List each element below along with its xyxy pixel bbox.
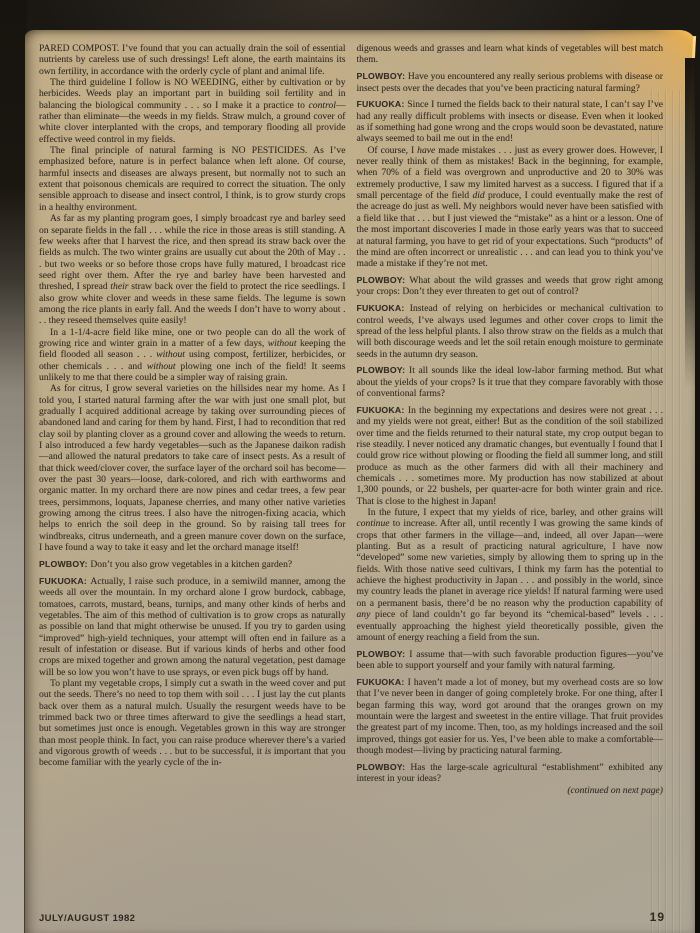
speaker-label: FUKUOKA: bbox=[357, 677, 408, 687]
interview-qa-paragraph: PLOWBOY: Has the large-scale agricultura… bbox=[357, 762, 664, 785]
speaker-label: PLOWBOY: bbox=[39, 559, 90, 569]
interview-qa-paragraph: PLOWBOY: Have you encountered any really… bbox=[357, 71, 664, 94]
speaker-label: PLOWBOY: bbox=[357, 365, 410, 375]
footer-page-number: 19 bbox=[650, 910, 665, 924]
interview-qa-paragraph: PLOWBOY: What about the wild grasses and… bbox=[357, 275, 664, 298]
body-paragraph: To plant my vegetable crops, I simply cu… bbox=[39, 678, 346, 769]
body-paragraph: digenous weeds and grasses and learn wha… bbox=[357, 43, 664, 66]
page-corner-shadow bbox=[685, 58, 695, 388]
body-paragraph: Of course, I have made mistakes . . . ju… bbox=[357, 145, 664, 270]
body-paragraph: In a 1-1/4-acre field like mine, one or … bbox=[39, 327, 346, 384]
right-column: digenous weeds and grasses and learn wha… bbox=[357, 43, 664, 899]
footer-issue-date: JULY/AUGUST 1982 bbox=[39, 913, 135, 924]
magazine-page: PARED COMPOST. I’ve found that you can a… bbox=[25, 30, 695, 933]
interview-qa-paragraph: PLOWBOY: It all sounds like the ideal lo… bbox=[357, 365, 664, 399]
left-column: PARED COMPOST. I’ve found that you can a… bbox=[39, 43, 346, 899]
body-paragraph: As for citrus, I grow several varieties … bbox=[39, 383, 346, 553]
book-binding-edge bbox=[0, 0, 27, 933]
interview-qa-paragraph: FUKUOKA: Since I turned the fields back … bbox=[357, 99, 664, 144]
speaker-label: PLOWBOY: bbox=[357, 275, 410, 285]
interview-qa-paragraph: FUKUOKA: I haven’t made a lot of money, … bbox=[357, 677, 664, 756]
speaker-label: FUKUOKA: bbox=[357, 405, 408, 415]
interview-qa-paragraph: FUKUOKA: Instead of relying on herbicide… bbox=[357, 303, 664, 360]
interview-qa-paragraph: PLOWBOY: I assume that—with such favorab… bbox=[357, 649, 664, 672]
speaker-label: FUKUOKA: bbox=[357, 99, 408, 109]
continuation-note: (continued on next page) bbox=[357, 785, 664, 796]
interview-qa-paragraph: PLOWBOY: Don’t you also grow vegetables … bbox=[39, 559, 346, 570]
speaker-label: FUKUOKA: bbox=[39, 576, 90, 586]
body-paragraph: PARED COMPOST. I’ve found that you can a… bbox=[39, 43, 346, 77]
body-paragraph: In the future, I expect that my yields o… bbox=[357, 507, 664, 643]
body-paragraph: The final principle of natural farming i… bbox=[39, 145, 346, 213]
text-columns: PARED COMPOST. I’ve found that you can a… bbox=[39, 43, 663, 899]
body-paragraph: As far as my planting program goes, I si… bbox=[39, 213, 346, 326]
speaker-label: PLOWBOY: bbox=[357, 649, 410, 659]
page-footer: JULY/AUGUST 1982 19 bbox=[39, 910, 665, 924]
body-paragraph: The third guideline I follow is NO WEEDI… bbox=[39, 77, 346, 145]
interview-qa-paragraph: FUKUOKA: In the beginning my expectation… bbox=[357, 405, 664, 507]
speaker-label: FUKUOKA: bbox=[357, 303, 410, 313]
speaker-label: PLOWBOY: bbox=[357, 71, 408, 81]
speaker-label: PLOWBOY: bbox=[357, 762, 411, 772]
interview-qa-paragraph: FUKUOKA: Actually, I raise such produce,… bbox=[39, 576, 346, 678]
